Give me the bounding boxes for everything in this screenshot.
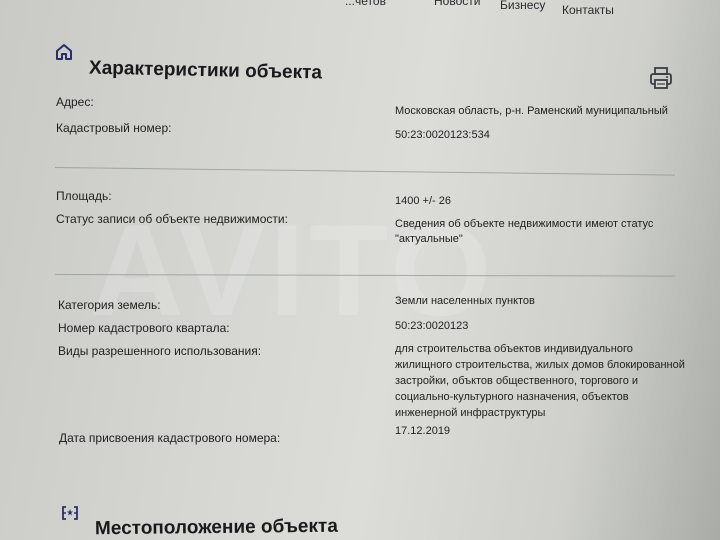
label-area: Площадь:	[56, 189, 112, 203]
value-land-category: Земли населенных пунктов	[395, 293, 535, 311]
value-cadastral-number: 50:23:0020123:534	[395, 127, 490, 145]
value-cadastral-quarter: 50:23:0020123	[395, 318, 468, 336]
value-permitted-use-line-3: застройки, объктов общественного, торгов…	[395, 373, 638, 391]
label-cadastral-quarter: Номер кадастрового квартала:	[58, 321, 230, 335]
printer-icon[interactable]	[648, 65, 674, 91]
value-record-status-line-2: "актуальные"	[395, 231, 463, 249]
nav-item-news[interactable]: Новости	[434, 0, 480, 8]
value-address: Московская область, р-н. Раменский муниц…	[395, 103, 668, 121]
label-cadastral-date: Дата присвоения кадастрового номера:	[59, 431, 280, 445]
value-area: 1400 +/- 26	[395, 193, 451, 211]
map-marker-icon	[61, 505, 79, 521]
label-record-status: Статус записи об объекте недвижимости:	[56, 212, 288, 226]
nav-item-contacts[interactable]: Контакты	[562, 3, 614, 17]
nav-item-reports[interactable]: ...четов	[345, 0, 386, 8]
top-navigation: ...четов Новости Бизнесу Контакты	[340, 0, 720, 18]
label-permitted-use: Виды разрешенного использования:	[58, 344, 261, 358]
value-permitted-use-line-4: социально-культурного назначения, объект…	[395, 389, 629, 407]
label-cadastral-number: Кадастровый номер:	[56, 121, 171, 135]
divider	[55, 167, 675, 176]
nav-item-business[interactable]: Бизнесу	[500, 0, 545, 12]
section-title-characteristics: Характеристики объекта	[89, 57, 322, 84]
section-title-location: Местоположение объекта	[95, 515, 338, 540]
divider	[55, 274, 675, 277]
label-address: Адрес:	[56, 95, 94, 109]
value-permitted-use-line-5: инженерной инфраструктуры	[395, 405, 545, 423]
label-land-category: Категория земель:	[58, 298, 161, 312]
value-cadastral-date: 17.12.2019	[395, 423, 450, 441]
value-permitted-use-line-2: жилищного строительства, жилых домов бло…	[395, 357, 685, 375]
value-permitted-use-line-1: для строительства объектов индивидуально…	[395, 341, 633, 359]
home-icon	[54, 42, 74, 62]
